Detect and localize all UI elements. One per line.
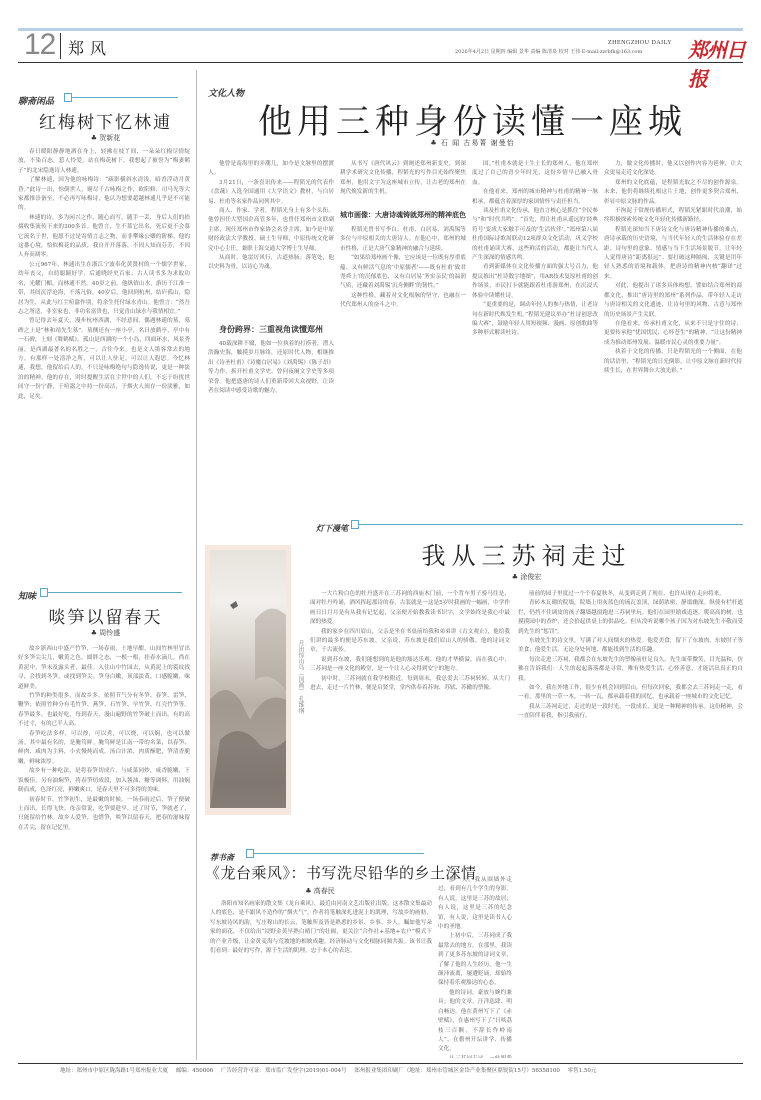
paragraph: 那一天，我从围墙外走过，看到有几个学生的身影。有人说，这里是三苏的故居；有人说，… (438, 876, 512, 932)
paragraph: 对此，他提出了诸多具体构想。譬如结合郑州的商都文化，推出“唐诗里的郑州”系列作品… (604, 282, 742, 320)
footer-ad-license: 广告经营许可证：郑市监广发登字(2019)01-004号 (221, 1068, 347, 1074)
article-body-col2b: 程韬光曾书写李白、杜甫、白居易、刘禹锡等多位与中原相关的大唐诗人。在他心中，郑州… (340, 226, 466, 490)
paragraph: 每次走进三苏祠，我都会在东坡先生的塑像前驻足良久。先生面带微笑，目光温和，仿佛在… (518, 656, 743, 684)
paragraph: 他曾是南海里的弄潮儿，如今是文脉里的摆渡人。 (208, 160, 334, 179)
paragraph: 40载深耕不辍，他如一位执着的打捞者，潜入浩瀚史海，触摸岁月脉络，还原时代人物，… (208, 340, 334, 396)
footer-printer: 郑州报业集团印刷厂（地址：郑州市管城区金岱产业集聚区鼎锐街15号）5655810… (354, 1068, 560, 1074)
paragraph: 不拘泥于常规传播形式，程韬光紧跟时代浪潮，始终积极探索传统文化年轻化传播新路径。 (604, 207, 742, 226)
paragraph: 青砖木瓦砌的院墙，院墙上用灰蓝色的琉瓦盖顶，绿荫浓密，静谧幽深。纵使有栏杆遮拦，… (518, 599, 743, 637)
column-rule (359, 524, 743, 525)
painting-caption: 月出惊山鸟（国画） 孔维纲 (294, 640, 304, 714)
paragraph: 看到新媒体在文化传播方面的强大号召力，他提议推出“杜诗数字地图”，用AR技术复原… (472, 263, 598, 301)
column-marker-icon (64, 93, 72, 102)
paragraph: 上初中后，三苏祠成了我最常去的地方。在那里，我读到了更多苏东坡的诗词文章，了解了… (438, 932, 512, 988)
paragraph: 故乡有一种吃法，是将春笋切成片，与咸菜同炒，咸香脆嫩，下饭极佳。另有油焖笋，将春… (18, 767, 190, 795)
paragraph: 从三苏祠走过，一转眼我已过了不惑之年。再回首，那些在三苏祠里度过的时光，依然历历… (438, 1055, 512, 1058)
article-body-col1: 他曾是南海里的弄潮儿，如今是文脉里的摆渡人。 3月21日，一条喜讯传来——程韬光… (208, 160, 334, 300)
column-marker-icon (40, 588, 48, 597)
paragraph: 曾记得去年夏天，漫步杭州西湖，不经意间，偶遇林逋的墓，墓碑之上是“林和靖先生墓”… (18, 317, 190, 402)
paragraph: 他的诗词，豪放与婉约兼具；他的文章，汪洋恣肆、明白畅达。他在黄州写下了《赤壁赋》… (438, 989, 512, 1055)
column-divider (196, 70, 197, 1060)
paragraph: 林逋的诗，多为闲兴之作，随心而写，随手一丢，身后人们的拾掇收集流传下来的300多… (18, 214, 190, 261)
column-marker-icon (351, 520, 359, 529)
article-body-col1b: 那一天，我从围墙外走过，看到有几个学生的身影。有人说，这里是三苏的故居；有人说，… (438, 876, 512, 1058)
article-author: ♣ 石 闻 古易菁 谢曼怡 (200, 138, 745, 148)
paragraph: 如今，我在外地工作，很少有机会回到眉山。但每次回家，我都会去三苏祠走一走，看一看… (518, 684, 743, 703)
page-number: 12 (24, 30, 55, 60)
column-rule (48, 592, 182, 593)
page-number-divider (60, 33, 61, 59)
issue-info: 2026年4月2日 星期四 编辑 景华 责编 陈清泉 校对 王伟 E-mail:… (455, 48, 642, 55)
article-body: 故乡浙西山中盛产竹笋，一场春雨，土地早酣，山间竹林里冒出好多笋尖尖儿，嫩黄之色，… (18, 645, 190, 1057)
footer-info: 地址：郑州市中原区陇海路1号郑州报业大厦 邮编：450006 广告经营许可证：郑… (60, 1066, 596, 1074)
paper-english-name: ZHENGZHOU DAILY (608, 40, 672, 46)
paragraph: “如果给郑州画个像，它应该是一位既有厚重底蕴、又有鲜活气息的‘中原儒者’——既有… (340, 254, 466, 292)
article-body: 春日暖阳静静地洒在身上，轻拂在枝丫间，一朵朵红梅尽情绽放，不染百态，惹人怜爱。站… (18, 148, 190, 568)
article-body-col1b: 40载深耕不辍，他如一位执着的打捞者，潜入浩瀚史海，触摸岁月脉络，还原时代人物，… (208, 340, 334, 490)
article-author: ♣ 高春民 (205, 886, 435, 896)
article-title: 他用三种身份读懂一座城 (200, 94, 745, 143)
paragraph: 3月21日，一条喜讯传来——程韬光的代表作《盘蔬》入选全国通用《大学语文》教材，… (208, 179, 334, 207)
header-bottom-rule (18, 62, 743, 63)
paragraph: 了解林逋，因为他的咏梅诗：“疏影横斜水清浅，暗香浮动月黄昏。”此诗一出，惊倒世人… (18, 176, 190, 214)
column-rule (254, 853, 424, 854)
column-rule (72, 97, 178, 98)
paragraph: 郑州的文化底蕴，是程韬光取之不尽的创作源泉。未来，他仍将继续扎根这片土地，创作更… (604, 179, 742, 207)
paragraph: 公元967年，林逋出生在浙江宁波奉化黄贤村的一个儒学世家，幼年丧父，自幼聪颖好学… (18, 261, 190, 317)
article-body-col3: 国。”杜甫本就是土生土长的郑州人，他在郑州度过了自己的青少年时光，这份乡情早已融… (472, 160, 598, 490)
paragraph: 初中时，三苏祠就在我学校附近。每到周末，我总爱去三苏祠转转。从大门进去，走过一片… (310, 675, 510, 694)
paragraph: 春笋吃法多样，可以炒，可以煮，可以烧，可以焖，也可以做汤。其中最有名的，是腌笃鲜… (18, 730, 190, 768)
article-body: 洛阳市知名画家的散文集《龙台乘风》，最近由河南文艺出版社出版。这本散文集最动人的… (210, 900, 432, 1058)
column-marker-icon (246, 849, 254, 858)
paragraph: 力，做文化传播时，他又以创作内容为延伸，让大众更易走近文化深处。 (604, 160, 742, 179)
paragraph: 程韬光曾书写李白、杜甫、白居易、刘禹锡等多位与中原相关的大唐诗人。在他心中，郑州… (340, 226, 466, 254)
footer-price: 零售1.50元 (568, 1068, 597, 1074)
section-subhead: 城市画像：大唐诗魂铸就郑州的精神底色 (340, 210, 466, 220)
paragraph: 从商时，他雷厉风行，古道热肠；落笔处，他以史料为骨，以诗心为魂。 (208, 254, 334, 273)
article-body-col1: 一大片粉白色的牡丹盛开在三苏祠的西庙木门前，一个背车男子骑马往是，面对牡丹吟诵，… (310, 590, 510, 840)
paragraph: 初春时节，竹笋初生，是最嫩的时候。一场春雨过后，笋子便破土而出，长得飞快。母亲常… (18, 796, 190, 834)
paragraph: 说到苏东坡，我们能想到的是他的豁达乐观、他的才华横溢。而在我心中，三苏祠是一座文… (310, 656, 510, 675)
article-title: 我从三苏祠走过 (310, 536, 743, 571)
article-title: 红梅树下忆林逋 (18, 108, 193, 133)
paragraph: 这种性格，藏着对文化根脉的坚守，也融在一代代郑州人的奋斗之中。 (340, 292, 466, 311)
article-author: ♣ 周怜盛 (18, 628, 193, 638)
footer-address: 地址：郑州市中原区陇海路1号郑州报业大厦 (60, 1068, 168, 1074)
paragraph: 故乡浙西山中盛产竹笋，一场春雨，土地早酣，山间竹林里冒出好多笋尖尖儿，嫩黄之色，… (18, 645, 190, 692)
article-author: ♣ 涂俊宏 (310, 572, 743, 582)
paragraph: 洛阳市知名画家的散文集《龙台乘风》，最近由河南文艺出版社出版。这本散文集最动人的… (210, 900, 432, 956)
article-author: ♣ 贺新花 (18, 133, 193, 143)
paragraph: 我的家乡在四川眉山，父亲是坐在书桌前给我和弟弟讲《古文观止》，他给我们讲的最多的… (310, 628, 510, 656)
paragraph: 执着于文化的传播，只是程韬光的一个侧面，在他的话语里，“程韬光的日光倒影，让中原… (604, 348, 742, 376)
footer-postcode: 邮编：450006 (176, 1068, 214, 1074)
section-title: 郑风 (68, 36, 112, 59)
section-subhead: 身份跨界：三重视角读懂郑州 (208, 324, 334, 335)
column-label: 灯下漫笔 (316, 523, 348, 534)
article-body-col2: 从书写《唐代风云》到阐述郑州新变史，到深耕学术研究文化传播，程韬光的写作目光始终… (340, 160, 466, 208)
paragraph: 我从三苏祠走过，走过的是一段时光，一段成长，更是一种精神的传承。这份精神，会一直… (518, 703, 743, 722)
column-label: 知味 (18, 589, 36, 602)
paragraph: 东坡先生的诗文里，写满了对人间烟火的热爱。他爱美食，留下了东坡肉、东坡肘子等美食… (518, 637, 743, 656)
paper-logo: 郑州日报 (688, 34, 761, 92)
footer-rule (18, 1063, 743, 1064)
article-body-col4: 力，做文化传播时，他又以创作内容为延伸，让大众更易走近文化深处。 郑州的文化底蕴… (604, 160, 742, 490)
paragraph: “更重要的是，调动年轻人的参与热情，让老诗句在新时代焕发生机。”程韬光建议举办“… (472, 301, 598, 339)
paragraph: 一大片粉白色的牡丹盛开在三苏祠的西庙木门前，一个背车男子骑马往是，面对牡丹吟诵，… (310, 590, 510, 628)
paragraph: 在他看来，郑州的城市精神与杜甫的精神一脉相承，都蕴含着深厚的家国情怀与责任担当。 (472, 188, 598, 207)
paragraph: 在他看来，传承杜甫文化，从来不只是守住的诗，更要传承他“忧国忧民、心怀苍生”的精… (604, 320, 742, 348)
header-top-rule (18, 28, 743, 31)
landscape-painting-image (210, 550, 286, 808)
paragraph: 程韬光深知当下唐诗文化与唐诗精神传播的难点，唐诗承载的历史语境，与当代年轻人的生… (604, 226, 742, 282)
paragraph: 谈及杜甫文化传承，他直言核心是抓住“全民参与”和“时代共鸣”。“首先，得让杜甫从… (472, 207, 598, 263)
paragraph: 从书写《唐代风云》到阐述郑州新变史，到深耕学术研究文化传播，程韬光的写作目光始终… (340, 160, 466, 198)
article-title: 《龙台乘风》：书写洗尽铅华的乡土深情 (205, 862, 435, 883)
landscape-illustration-icon (210, 550, 286, 808)
column-label: 聊斋闲品 (18, 94, 54, 107)
paragraph: 竹笋的种类很多，而故乡多，依照节气分有冬笋、春笋、雷笋、鞭笋；依照竹种分有毛竹笋… (18, 692, 190, 730)
paragraph: 前前的园子里度过一个个春夏秋冬，从变到走到了现在，也许从现在走向将来。 (518, 590, 743, 599)
paragraph: 商人、作家、学者，程韬光身上有多个头衔。他曾担任大型国企高管多年，也曾任郑州市文… (208, 207, 334, 254)
paragraph: 春日暖阳静静地洒在身上，轻拂在枝丫间，一朵朵红梅尽情绽放，不染百态，惹人怜爱。站… (18, 148, 190, 176)
article-title: 啖笋以留春天 (18, 603, 193, 628)
article-body-col2: 前前的园子里度过一个个春夏秋冬，从变到走到了现在，也许从现在走向将来。 青砖木瓦… (518, 590, 743, 1058)
paragraph: 国。”杜甫本就是土生土长的郑州人，他在郑州度过了自己的青少年时光，这份乡情早已融… (472, 160, 598, 188)
